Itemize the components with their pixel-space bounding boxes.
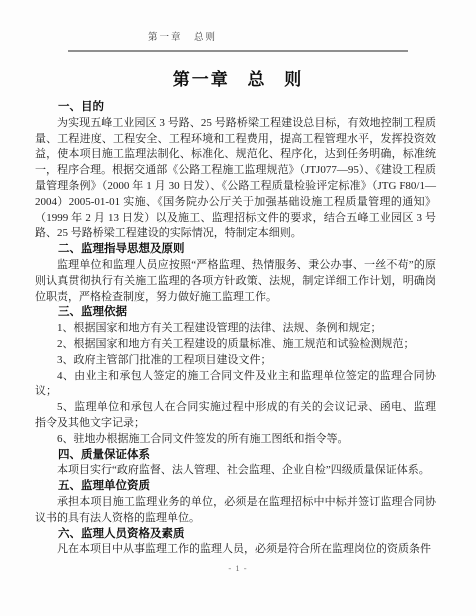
section-heading: 二、监理指导思想及原则 (35, 242, 436, 258)
section-heading: 五、监理单位资质 (35, 479, 436, 495)
section-heading: 六、监理人员资格及素质 (35, 527, 436, 543)
section-heading: 一、目的 (35, 100, 436, 116)
paragraph: 凡在本项目中从事监理工作的监理人员，必须是符合所在监理岗位的资质条件 (35, 542, 436, 558)
paragraph: 承担本项目施工监理业务的单位，必须是在监理招标中中标并签订监理合同协议书的具有法… (35, 495, 436, 527)
page-number: - 1 - (0, 563, 476, 573)
document-body: 一、目的为实现五峰工业园区 3 号路、25 号路桥梁工程建设总目标，有效地控制工… (35, 100, 436, 558)
paragraph: 监理单位和监理人员应按照“严格监理、热情服务、秉公办事、一丝不苟”的原则认真贯彻… (35, 258, 436, 305)
paragraph: 3、政府主管部门批准的工程项目建设文件； (35, 353, 436, 369)
document-page: 第一章 总则 第一章 总 则 一、目的为实现五峰工业园区 3 号路、25 号路桥… (0, 0, 476, 616)
paragraph: 1、根据国家和地方有关工程建设管理的法律、法规、条例和规定； (35, 321, 436, 337)
paragraph: 为实现五峰工业园区 3 号路、25 号路桥梁工程建设总目标，有效地控制工程质量、… (35, 116, 436, 242)
chapter-title: 第一章 总 则 (0, 65, 476, 90)
paragraph: 本项目实行“政府监督、法人管理、社会监理、企业自检”四级质量保证体系。 (35, 463, 436, 479)
paragraph: 6、驻地办根据施工合同文件签发的所有施工图纸和指令等。 (35, 432, 436, 448)
paragraph: 4、由业主和承包人签定的施工合同文件及业主和监理单位签定的监理合同协议； (35, 369, 436, 401)
paragraph: 5、监理单位和承包人在合同实施过程中形成的有关的会议记录、函电、监理指令及其他文… (35, 400, 436, 432)
paragraph: 2、根据国家和地方有关工程建设的质量标准、施工规范和试验检测规范； (35, 337, 436, 353)
section-heading: 三、监理依据 (35, 305, 436, 321)
section-heading: 四、质量保证体系 (35, 448, 436, 464)
page-header: 第一章 总则 (68, 27, 408, 52)
running-header-title: 第一章 总则 (148, 29, 217, 43)
